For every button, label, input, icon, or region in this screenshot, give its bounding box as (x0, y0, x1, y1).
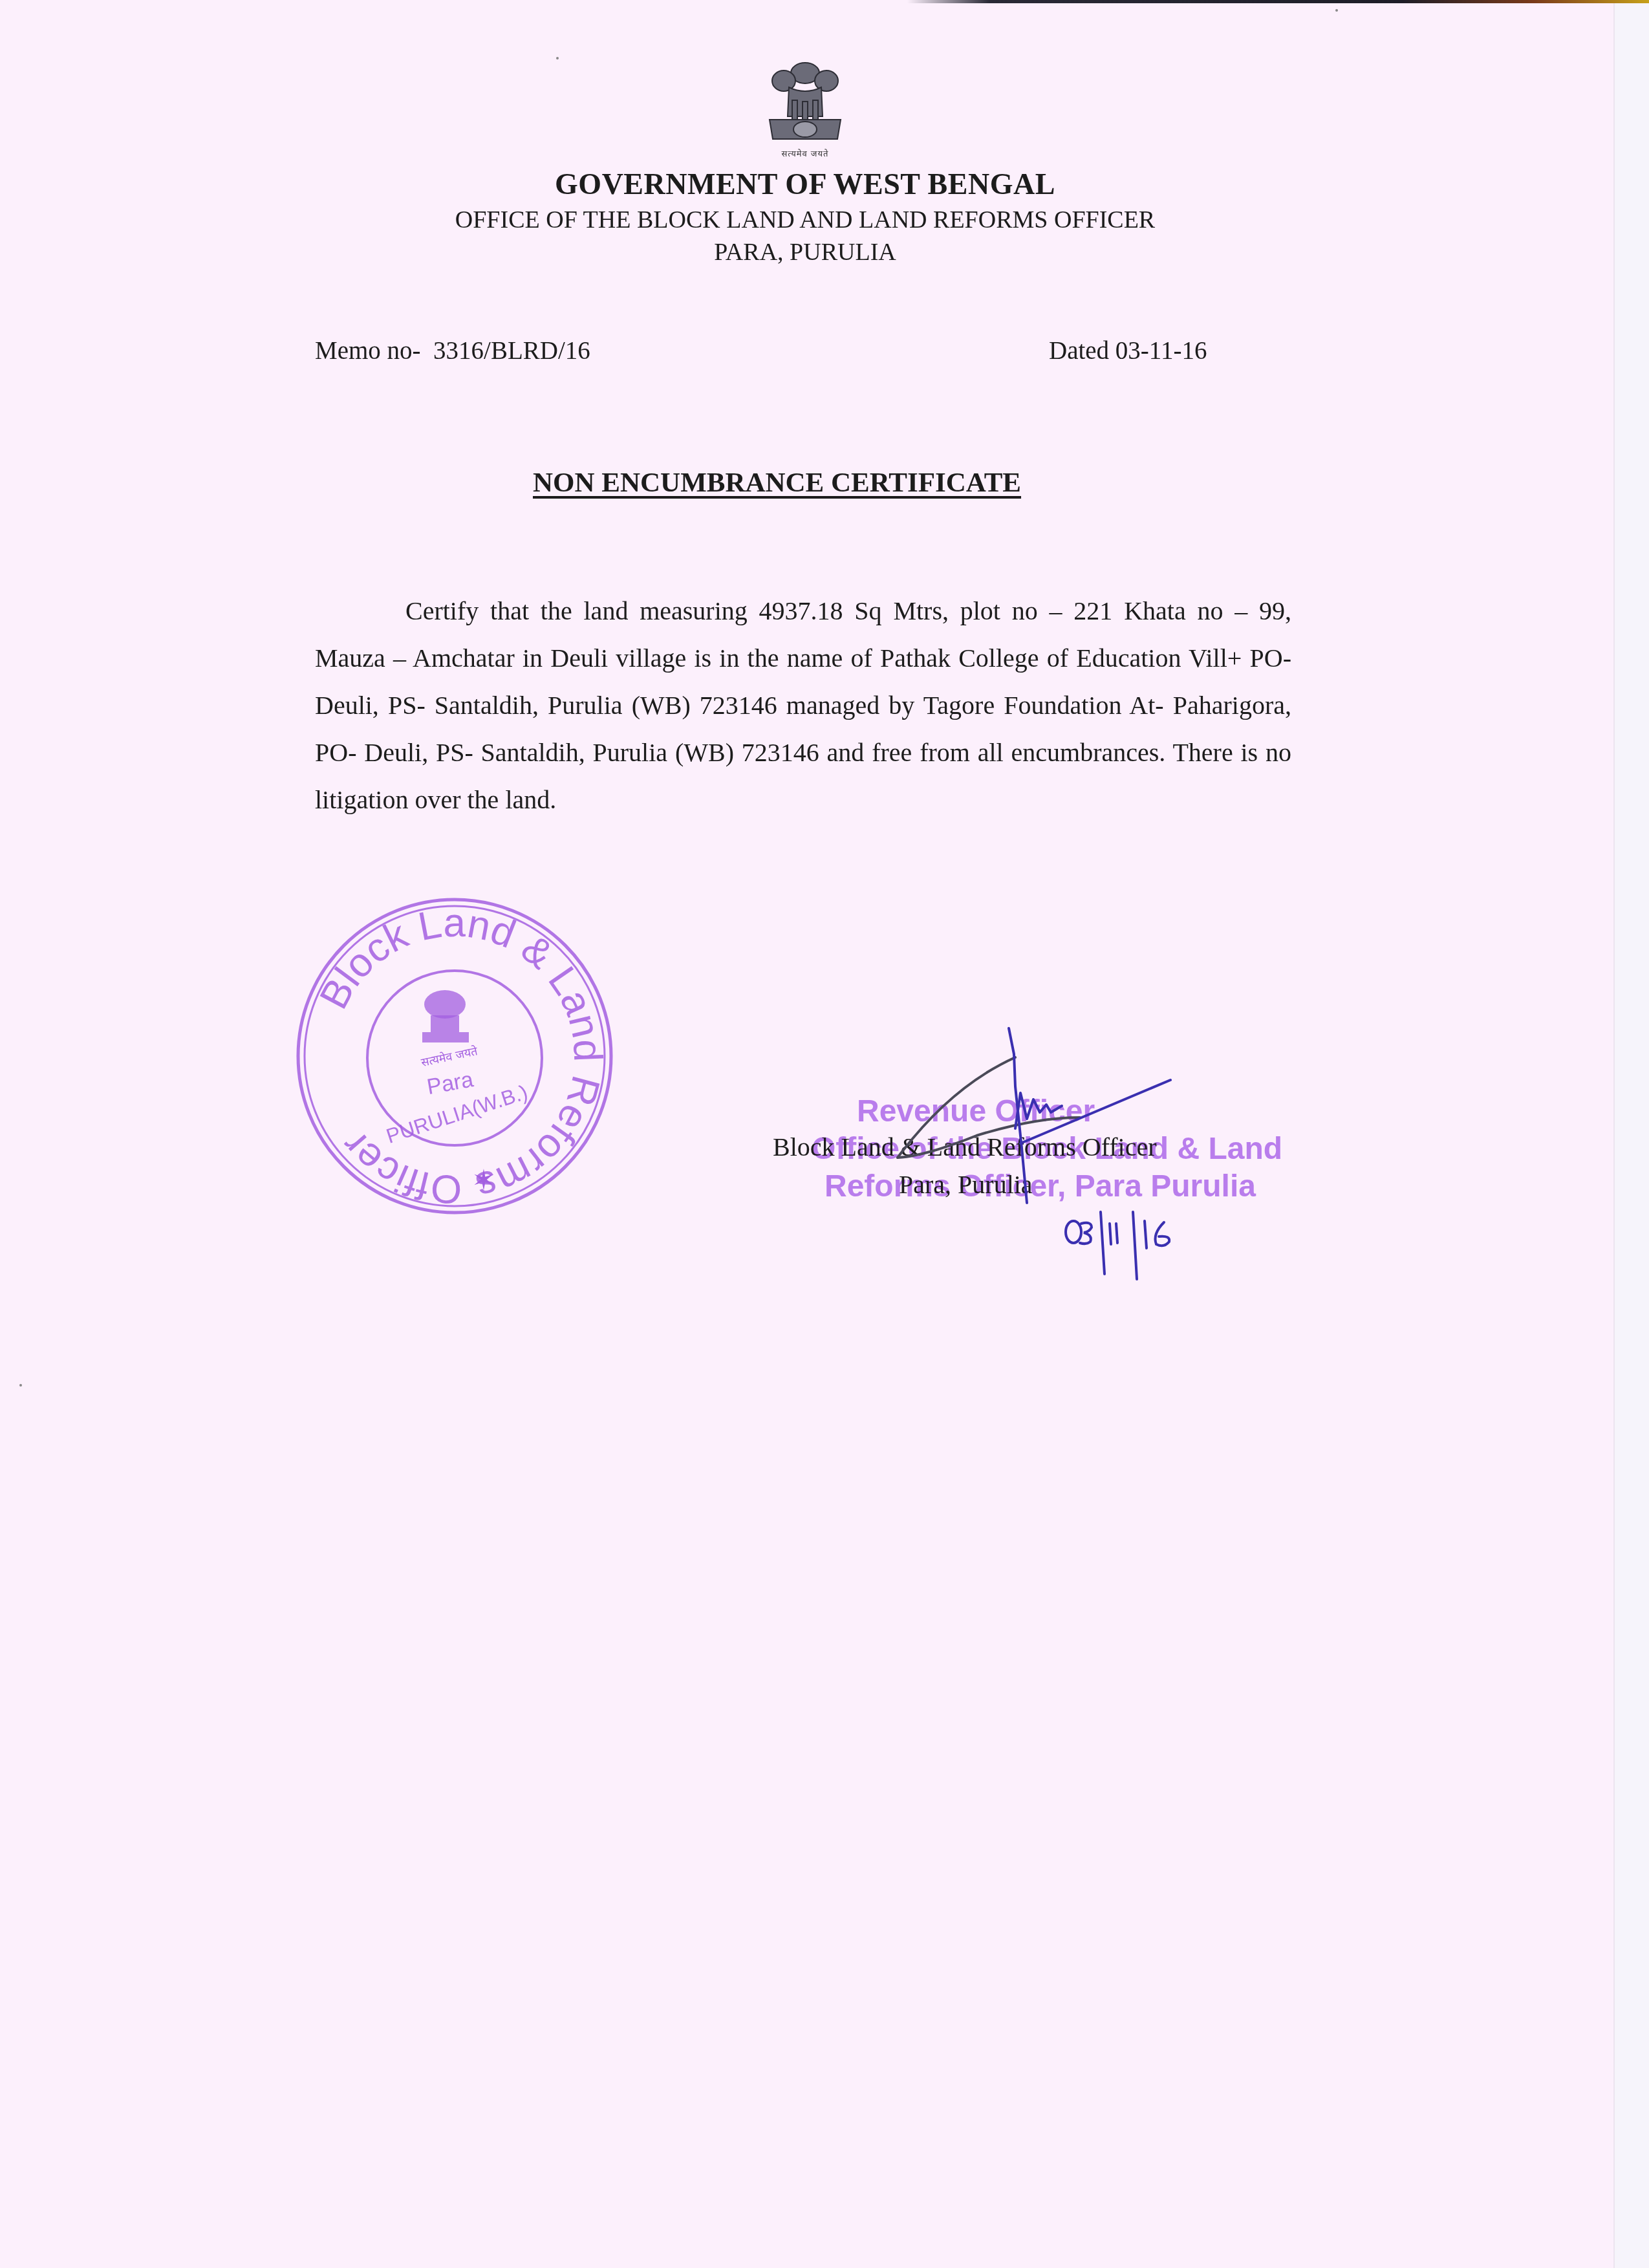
national-motto: सत्यमेव जयते (770, 147, 841, 159)
office-place: PARA, PURULIA (0, 238, 1610, 266)
office-seal-stamp: Block Land & Land Reforms Officer सत्यमे… (290, 891, 620, 1221)
svg-text:03/11/16: 03/11/16 (1061, 1209, 1063, 1210)
seal-place: Para (425, 1067, 475, 1099)
scan-speck (1335, 9, 1338, 12)
national-emblem-icon (763, 55, 847, 146)
star-icon: ✶ (472, 1165, 496, 1196)
certificate-body: Certify that the land measuring 4937.18 … (315, 587, 1291, 823)
government-heading: GOVERNMENT OF WEST BENGAL (0, 167, 1610, 201)
page-edge-strip (1613, 3, 1649, 2268)
seal-emblem-icon (422, 990, 469, 1042)
seal-motto: सत्यमेव जयते (420, 1044, 479, 1070)
handwritten-date: 03/11/16 (1061, 1209, 1190, 1287)
office-heading: OFFICE OF THE BLOCK LAND AND LAND REFORM… (0, 206, 1610, 234)
handwritten-signature (821, 1015, 1183, 1222)
scanner-edge (0, 0, 1649, 3)
memo-date: Dated 03-11-16 (1049, 336, 1207, 365)
scan-speck (556, 57, 559, 59)
scan-speck (19, 1384, 22, 1387)
memo-number: Memo no- 3316/BLRD/16 (315, 336, 590, 365)
certificate-title: NON ENCUMBRANCE CERTIFICATE (533, 467, 1021, 499)
